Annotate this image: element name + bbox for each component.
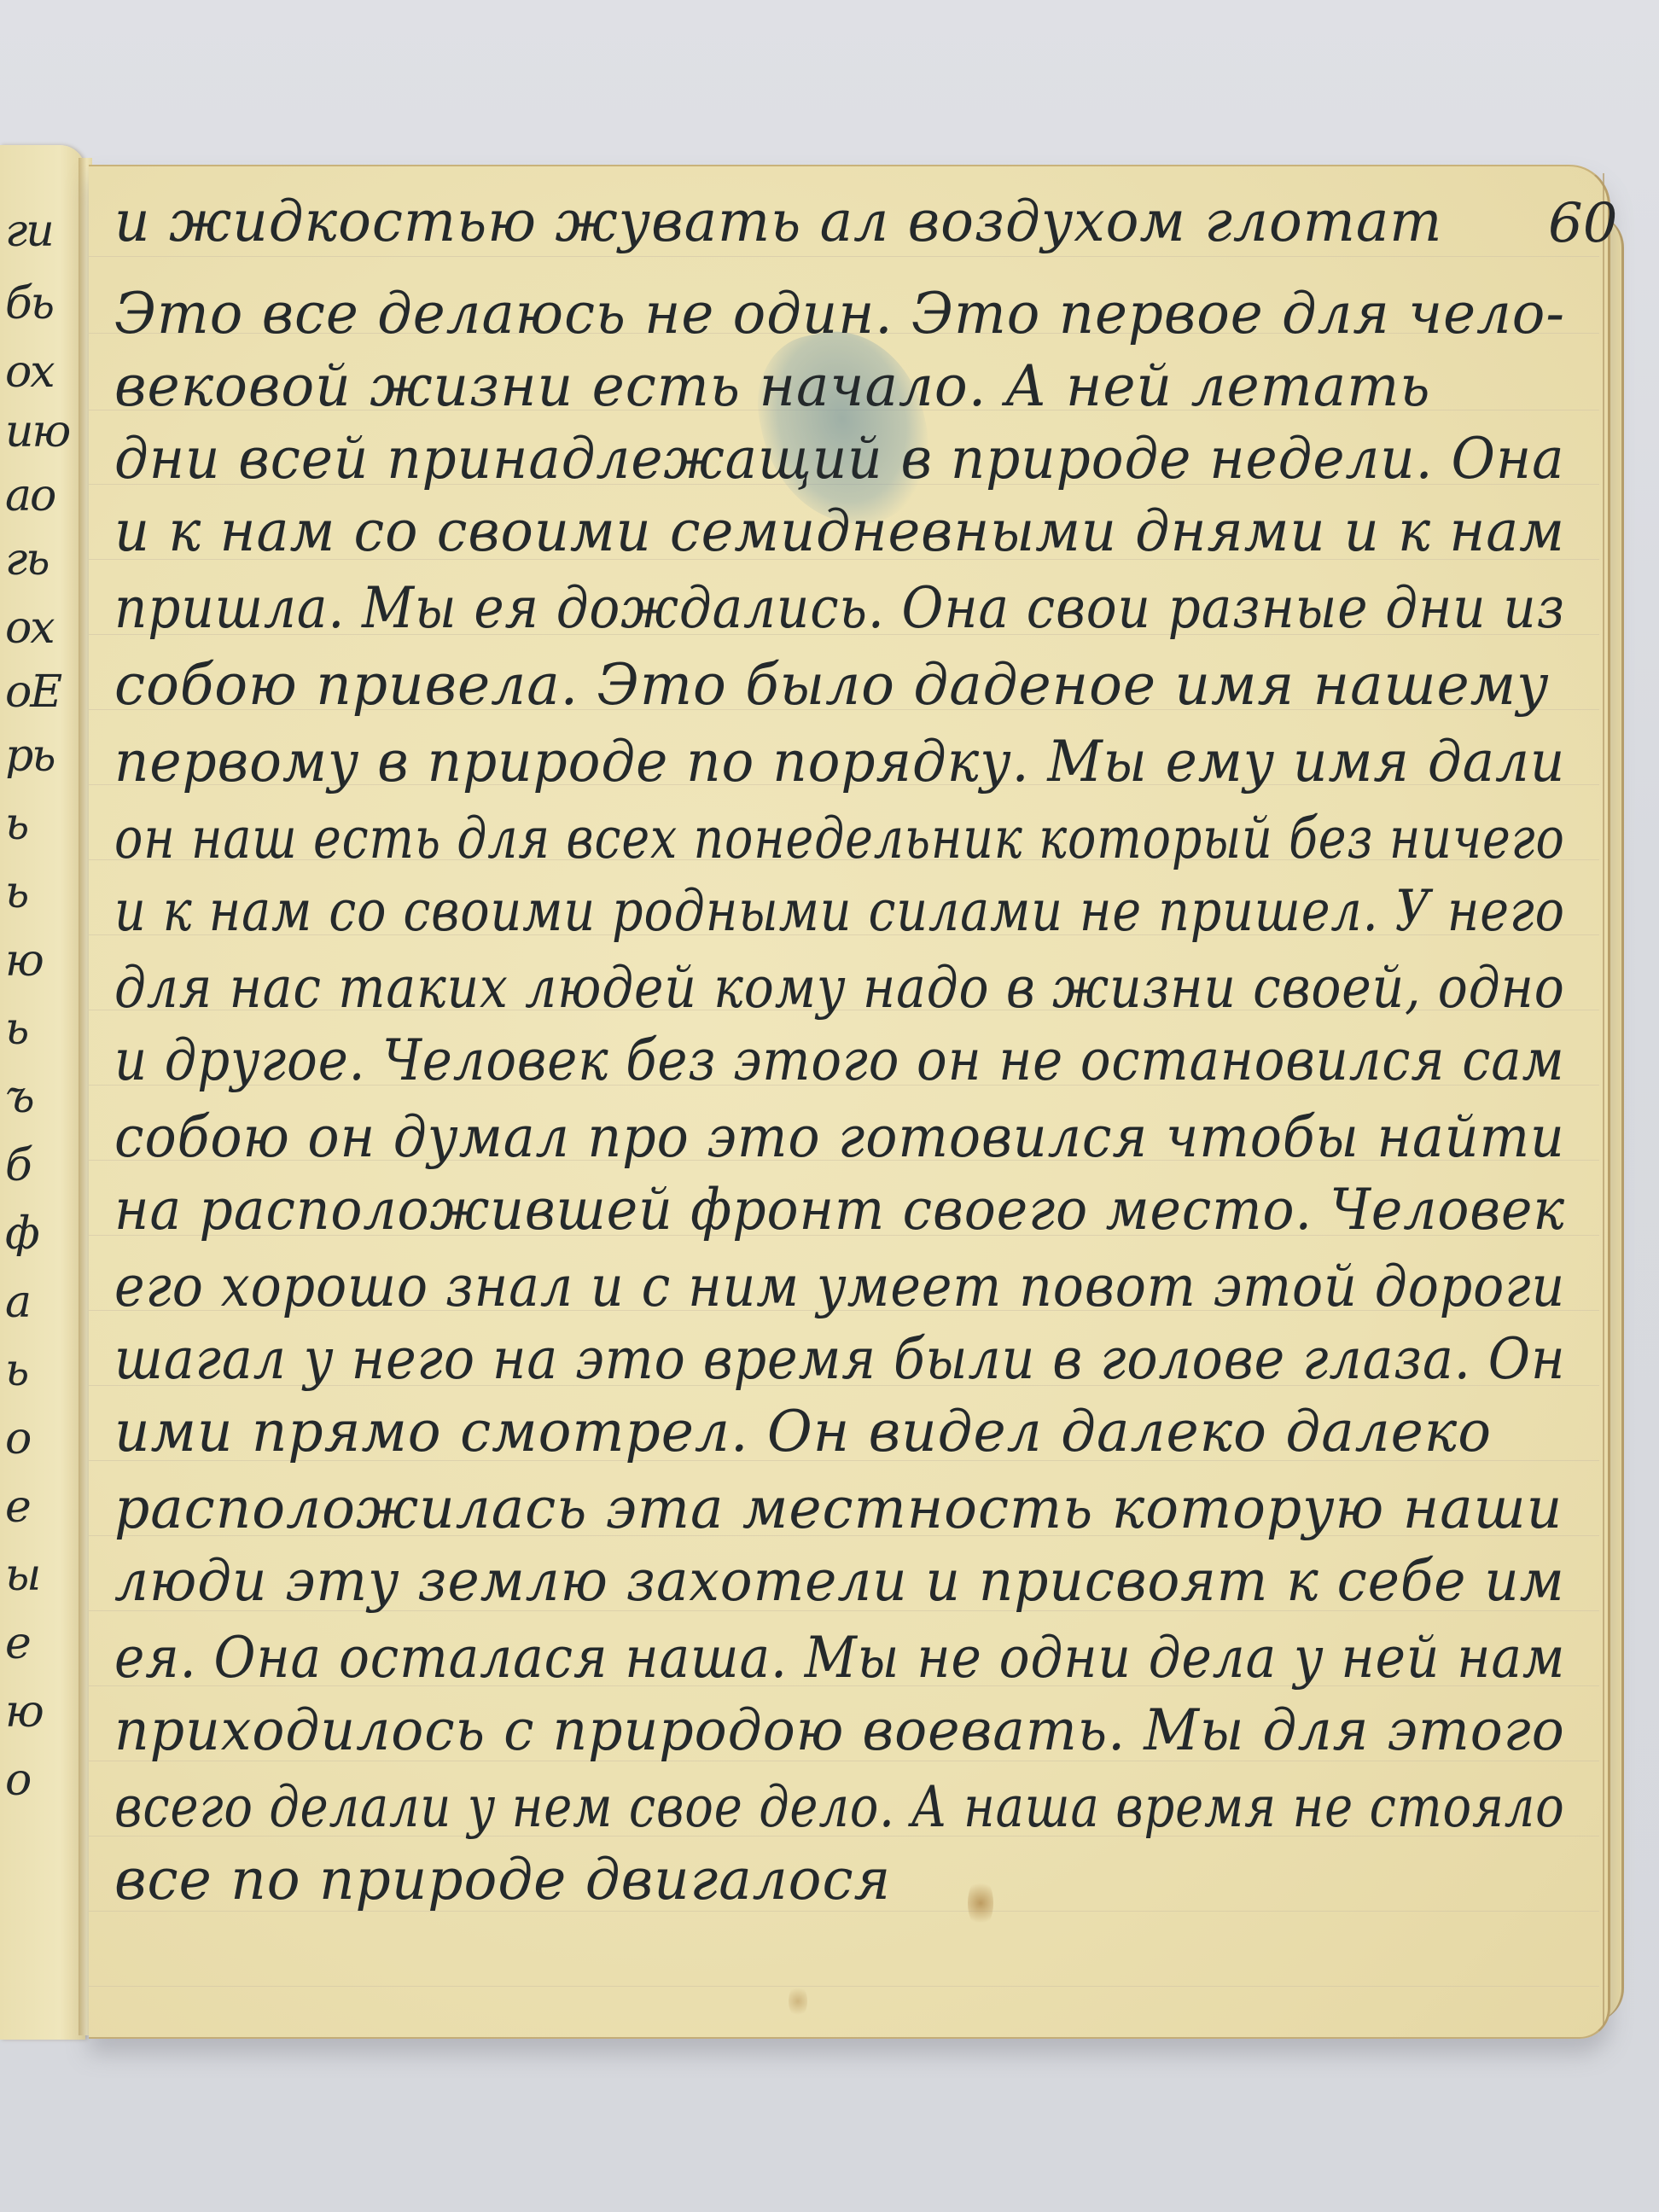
text-line: и к нам со своими семидневными днями и к…: [114, 504, 1549, 560]
left-page-fragment: гь: [5, 538, 85, 582]
left-page-fragment: е: [5, 1621, 85, 1666]
left-page-fragment: ь: [5, 1348, 85, 1393]
left-page-fragment: о: [5, 1417, 85, 1461]
left-page-fragment: ю: [5, 1690, 85, 1734]
left-page-fragment: ь: [5, 870, 85, 915]
notebook-page: 60 и жидкостью жувать ал воздухом глотат…: [89, 165, 1610, 2039]
text-line: и жидкостью жувать ал воздухом глотат: [114, 194, 1565, 250]
left-page-fragment: ох: [5, 606, 85, 650]
ruled-line: [89, 1986, 1599, 1987]
text-line: собою привела. Это было даденое имя наше…: [114, 657, 1565, 713]
left-page-fragment: ох: [5, 350, 85, 394]
text-line: шагал у него на это время были в голове …: [114, 1331, 1466, 1388]
left-page-fragment: ию: [5, 410, 85, 454]
text-line: и к нам со своими родными силами не приш…: [114, 883, 1399, 940]
text-line: все по природе двигалося: [114, 1852, 1565, 1908]
paper-stain: [789, 1984, 807, 2018]
left-page-fragment: б: [5, 1144, 85, 1188]
text-line: собою он думал про это готовился чтобы н…: [114, 1109, 1505, 1166]
left-page-fragment: о: [5, 1758, 85, 1802]
left-page-fragment: а: [5, 1280, 85, 1324]
ruled-line: [89, 256, 1599, 257]
left-page-fragment: ао: [5, 474, 85, 518]
left-page-edge: ги бь ох ию ао гь ох оЕ рь ь ь ю ь ъ б ф…: [0, 145, 85, 2040]
text-line: приходилось с природою воевать. Мы для э…: [114, 1703, 1536, 1759]
left-page-fragment: ь: [5, 802, 85, 847]
left-page-fragment: ь: [5, 1007, 85, 1051]
text-line: пришла. Мы ея дождались. Она свои разные…: [114, 580, 1456, 637]
text-line: люди эту землю захотели и присвоят к себ…: [114, 1553, 1528, 1610]
left-page-fragment: оЕ: [5, 670, 85, 714]
text-line: расположилась эта местность которую наши: [114, 1481, 1565, 1537]
left-page-fragment: ъ: [5, 1075, 85, 1120]
left-page-fragment: ги: [5, 209, 85, 253]
left-page-fragment: е: [5, 1485, 85, 1529]
text-line: первому в природе по порядку. Мы ему имя…: [114, 734, 1527, 790]
right-margin-line: [1603, 173, 1604, 2025]
text-line: на расположившей фронт своего место. Чел…: [114, 1182, 1499, 1238]
text-line: ими прямо смотрел. Он видел далеко далек…: [114, 1404, 1565, 1460]
text-line: вековой жизни есть начало. А ней летать: [114, 358, 1565, 415]
text-line: его хорошо знал и с ним умеет повот этой…: [114, 1259, 1466, 1315]
text-line: для нас таких людей кому надо в жизни св…: [114, 960, 1424, 1016]
left-page-fragment: ы: [5, 1553, 85, 1598]
text-line: дни всей принадлежащий в природе недели.…: [114, 431, 1526, 487]
text-line: всего делали у нем свое дело. А наша вре…: [114, 1779, 1371, 1836]
left-page-fragment: бь: [5, 282, 85, 326]
left-page-fragment: ю: [5, 939, 85, 983]
text-line: он наш есть для всех понедельник который…: [114, 811, 1361, 867]
left-page-fragment: рь: [5, 734, 85, 778]
text-line: и другое. Человек без этого он не остано…: [114, 1033, 1447, 1089]
text-line: Это все делаюсь не один. Это первое для …: [114, 286, 1557, 342]
left-page-fragment: ф: [5, 1212, 85, 1256]
text-line: ея. Она осталася наша. Мы не одни дела у…: [114, 1630, 1458, 1686]
